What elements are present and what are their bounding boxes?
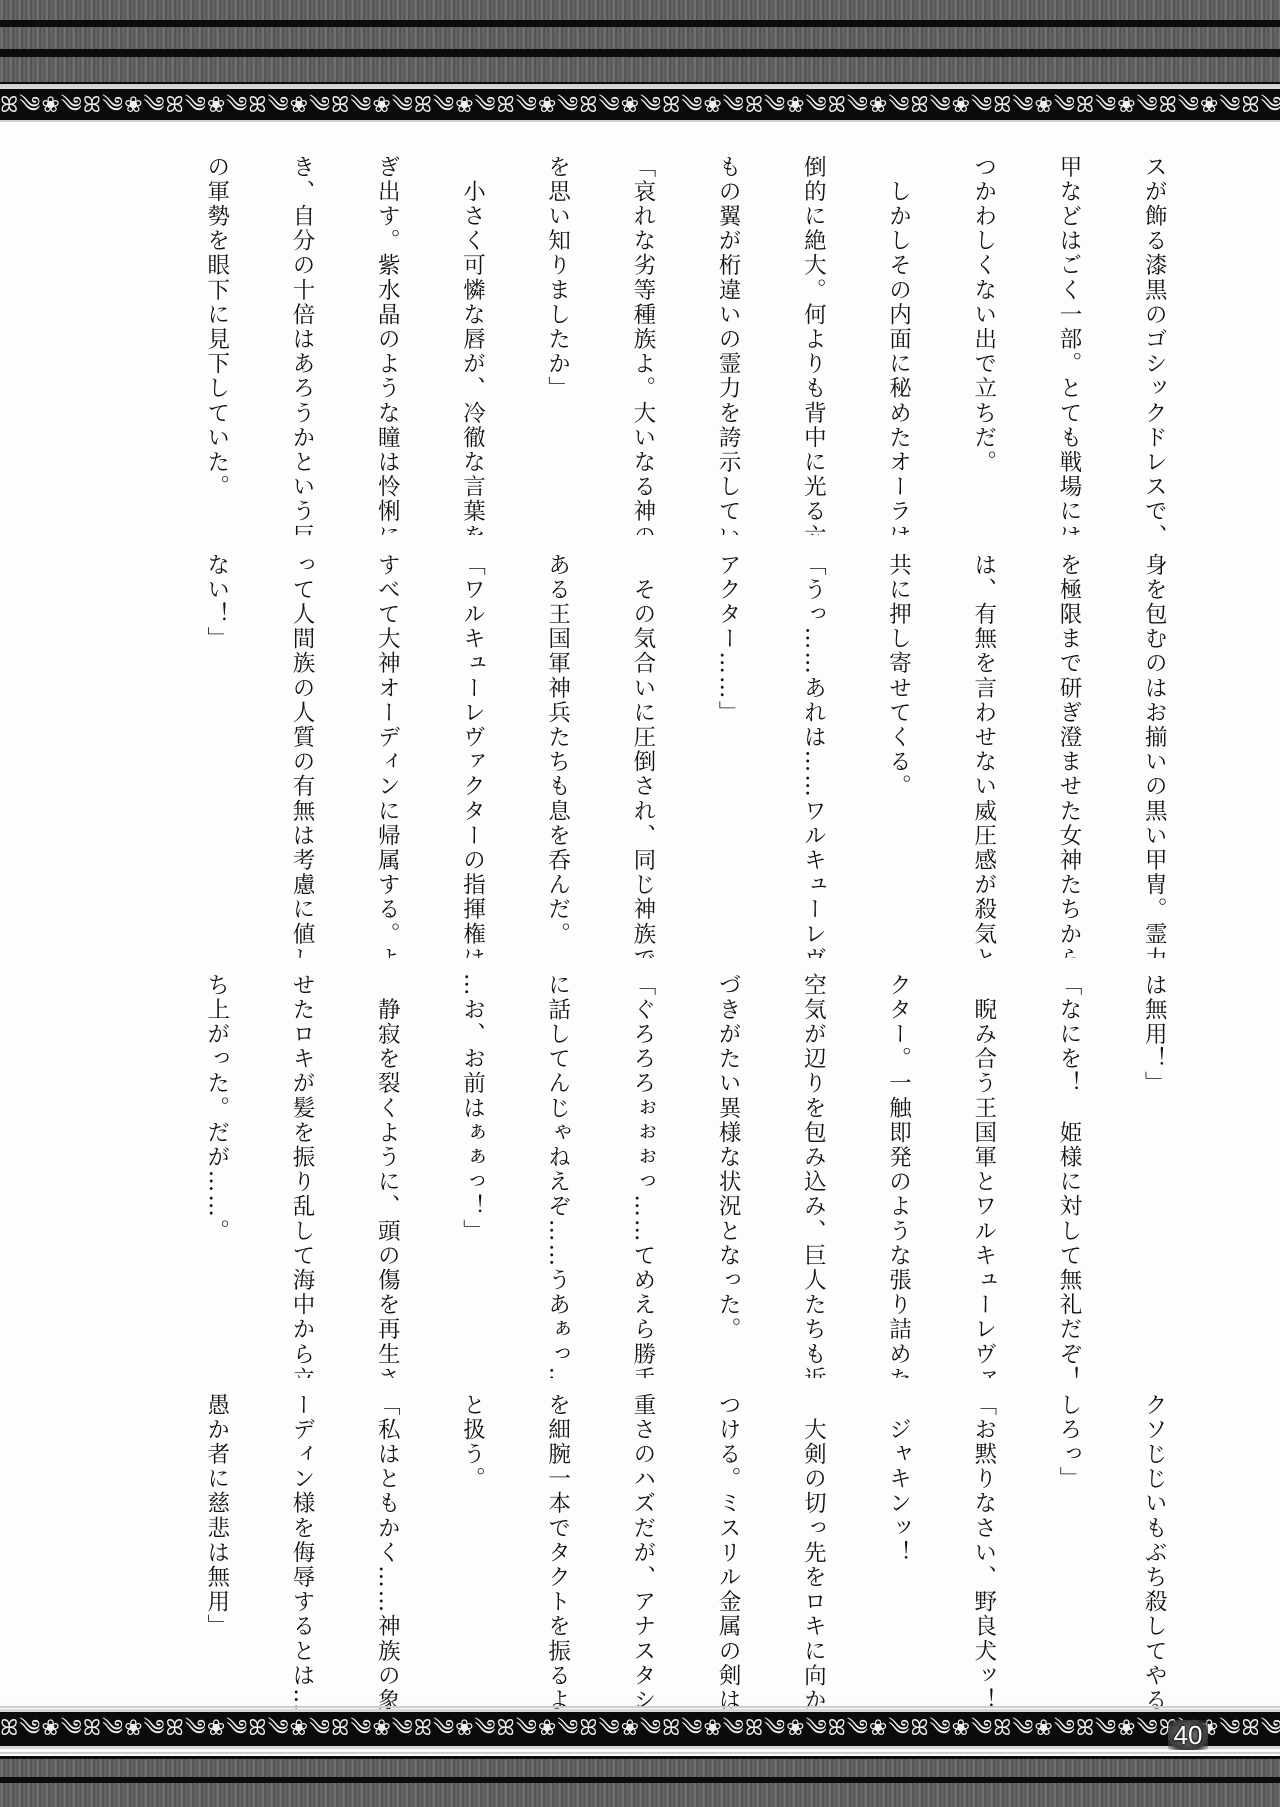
text-column: 大剣の切っ先をロキに向かって突き [799, 1393, 827, 1713]
text-column: 甲などはごく一部。とても戦場には似 [1055, 155, 1083, 535]
text-column: …お、お前はぁぁっ！」 [458, 973, 486, 1378]
brick-row [0, 27, 1280, 49]
text-column: もの翼が桁違いの霊力を誇示している。 [714, 155, 742, 535]
bottom-ornamental-border: ꕤ༄❀༄ꕤ༄❀༄ꕤ༄❀༄ꕤ༄❀༄ꕤ༄❀༄ꕤ༄❀༄ꕤ༄❀༄ꕤ༄❀༄ꕤ༄❀༄ꕤ༄❀༄… [0, 1709, 1280, 1749]
text-column: の軍勢を眼下に見下していた。 [202, 155, 230, 535]
bottom-brick-wall [0, 1756, 1280, 1807]
text-column: せたロキが髪を振り乱して海中から立 [288, 973, 316, 1378]
text-column: 「ぐろろろぉぉぉっ……てめえら勝手 [628, 973, 656, 1378]
ornament-border-line [0, 1752, 1280, 1754]
text-column: は、有無を言わせない威圧感が殺気と [969, 553, 997, 958]
text-column: 身を包むのはお揃いの黒い甲冑。霊力 [1140, 553, 1168, 958]
text-column: を細腕一本でタクトを振るように軽々 [543, 1393, 571, 1713]
text-column: アクター……」 [714, 553, 742, 958]
brick-row [0, 0, 1280, 20]
text-column: 「哀れな劣等種族よ。大いなる神の力 [628, 155, 656, 535]
text-column: しろっ」 [1055, 1393, 1083, 1713]
text-column: 共に押し寄せてくる。 [884, 553, 912, 958]
text-column: は無用！」 [1140, 973, 1168, 1378]
text-tier-2: 身を包むのはお揃いの黒い甲冑。霊力 を極限まで研ぎ澄ませた女神たちから は、有無… [150, 553, 1225, 958]
text-column: き、自分の十倍はあろうかという巨人 [288, 155, 316, 535]
text-column: すべて大神オーディンに帰属する。よ [373, 553, 401, 958]
text-tier-4: クソじじいもぶち殺してやるから覚悟 しろっ」 「お黙りなさい、野良犬ッ！」 ジャ… [150, 1393, 1225, 1713]
text-column: って人間族の人質の有無は考慮に値し [288, 553, 316, 958]
ornament-border-line [0, 1706, 1280, 1708]
text-column: 重さのハズだが、アナスタシアはそれ [628, 1393, 656, 1713]
text-column: ち上がった。だが……。 [202, 973, 230, 1378]
page-number: 40 [1168, 1720, 1208, 1750]
text-column: づきがたい異様な状況となった。 [714, 973, 742, 1378]
text-column: ある王国軍神兵たちも息を呑んだ。 [543, 553, 571, 958]
text-column: 「ワルキューレヴァクターの指揮権は [458, 553, 486, 958]
text-tier-3: は無用！」 「なにを！ 姫様に対して無礼だぞ！」 睨み合う王国軍とワルキューレヴ… [150, 973, 1225, 1378]
brick-row [0, 1783, 1280, 1807]
text-column: 睨み合う王国軍とワルキューレヴァ [969, 973, 997, 1378]
text-column: つける。ミスリル金属の剣はかなりの [714, 1393, 742, 1713]
text-column: つかわしくない出で立ちだ。 [969, 155, 997, 535]
text-column: 愚か者に慈悲は無用」 [202, 1393, 230, 1713]
text-column: を思い知りましたか」 [543, 155, 571, 535]
text-tier-1: スが飾る漆黒のゴシックドレスで、装 甲などはごく一部。とても戦場には似 つかわし… [150, 155, 1225, 535]
text-column: 「うっ……あれは……ワルキューレヴ [799, 553, 827, 958]
text-column: 「なにを！ 姫様に対して無礼だぞ！」 [1055, 973, 1083, 1378]
text-column: と扱う。 [458, 1393, 486, 1713]
text-column: クター。一触即発のような張り詰めた [884, 973, 912, 1378]
text-column: ーディン様を侮辱するとは……やはり [288, 1393, 316, 1713]
brick-row [0, 57, 1280, 82]
text-column: ない！」 [202, 553, 230, 958]
text-column: ぎ出す。紫水晶のような瞳は怜悧に輝 [373, 155, 401, 535]
top-brick-wall [0, 0, 1280, 85]
text-column: 「お黙りなさい、野良犬ッ！」 [969, 1393, 997, 1713]
brick-row [0, 1759, 1280, 1777]
text-column: 小さく可憐な唇が、冷徹な言葉を紡 [458, 155, 486, 535]
text-column: クソじじいもぶち殺してやるから覚悟 [1140, 1393, 1168, 1713]
text-column: ジャキンッ！ [884, 1393, 912, 1713]
text-column: に話してんじゃねえぞ……うあぁっ… [543, 973, 571, 1378]
text-column: その気合いに圧倒され、同じ神族で [628, 553, 656, 958]
text-column: を極限まで研ぎ澄ませた女神たちから [1055, 553, 1083, 958]
text-column: 「私はともかく……神族の象徴たるオ [373, 1393, 401, 1713]
text-column: 倒的に絶大。何よりも背中に光る六枚 [799, 155, 827, 535]
text-column: スが飾る漆黒のゴシックドレスで、装 [1140, 155, 1168, 535]
text-column: 静寂を裂くように、頭の傷を再生さ [373, 973, 401, 1378]
text-column: しかしその内面に秘めたオーラは圧 [884, 155, 912, 535]
text-column: 空気が辺りを包み込み、巨人たちも近 [799, 973, 827, 1378]
